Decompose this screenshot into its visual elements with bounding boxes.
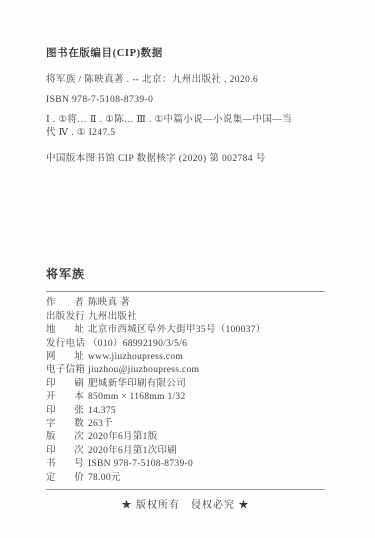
cip-classification-line: Ⅰ . ①将… Ⅱ . ①陈… Ⅲ . ①中篇小说—小说集—中国—当代 Ⅳ . … <box>46 114 298 141</box>
row-label: 印刷 <box>46 378 84 391</box>
colophon-row-publisher: 出版发行九州出版社 <box>46 311 326 324</box>
copyright-notice: ★ 版权所有 侵权必究 ★ <box>46 496 325 511</box>
row-label: 字数 <box>46 418 84 431</box>
colophon-row-website: 网址www.jiuzhoupress.com <box>46 351 326 364</box>
row-label: 作者 <box>46 297 84 310</box>
row-value: （010）68992190/3/5/6 <box>88 338 187 351</box>
row-label: 版次 <box>46 431 84 444</box>
cip-heading: 图书在版编目(CIP)数据 <box>46 45 326 60</box>
colophon-block: 将军族 作者陈映真 著 出版发行九州出版社 地址北京市西城区阜外大街甲35号（1… <box>46 265 326 511</box>
row-value: 850mm × 1168mm 1/32 <box>88 391 186 404</box>
row-label: 地址 <box>46 324 84 337</box>
cip-isbn-line: ISBN 978-7-5108-8739-0 <box>46 94 326 107</box>
row-label: 出版发行 <box>46 311 84 324</box>
colophon-row-wordcount: 字数263千 <box>46 418 326 431</box>
colophon-row-email: 电子信箱jiuzhou@jiuzhoupress.com <box>46 364 326 377</box>
row-value: 2020年6月第1次印刷 <box>88 445 177 458</box>
row-value: 14.375 <box>88 405 116 418</box>
colophon-row-author: 作者陈映真 著 <box>46 297 326 310</box>
book-title: 将军族 <box>46 265 326 282</box>
row-value: 北京市西城区阜外大街甲35号（100037） <box>88 324 266 337</box>
row-value: 九州出版社 <box>88 311 137 324</box>
row-label: 书号 <box>46 458 84 471</box>
colophon-row-price: 定价78.00元 <box>46 472 326 485</box>
row-value: 陈映真 著 <box>88 297 130 310</box>
colophon-row-sheets: 印张14.375 <box>46 405 326 418</box>
row-label: 网址 <box>46 351 84 364</box>
cip-book-line: 将军族 / 陈映真著 . -- 北京：九州出版社 , 2020.6 <box>46 74 326 87</box>
row-label: 开本 <box>46 391 84 404</box>
row-value: ISBN 978-7-5108-8739-0 <box>88 458 193 471</box>
colophon-row-isbn: 书号ISBN 978-7-5108-8739-0 <box>46 458 326 471</box>
colophon-row-printer: 印刷肥城新华印刷有限公司 <box>46 378 326 391</box>
row-value: 2020年6月第1版 <box>88 431 158 444</box>
row-label: 印次 <box>46 445 84 458</box>
row-label: 电子信箱 <box>46 364 84 377</box>
colophon-row-address: 地址北京市西城区阜外大街甲35号（100037） <box>46 324 326 337</box>
cip-block: 图书在版编目(CIP)数据 将军族 / 陈映真著 . -- 北京：九州出版社 ,… <box>46 45 326 166</box>
colophon-row-phone: 发行电话（010）68992190/3/5/6 <box>46 338 326 351</box>
row-label: 定价 <box>46 472 84 485</box>
colophon-row-printing: 印次2020年6月第1次印刷 <box>46 445 326 458</box>
row-value: www.jiuzhoupress.com <box>88 351 183 364</box>
colophon-rows: 作者陈映真 著 出版发行九州出版社 地址北京市西城区阜外大街甲35号（10003… <box>46 292 326 489</box>
row-value: 78.00元 <box>88 472 121 485</box>
cip-registry-line: 中国版本图书馆 CIP 数据核字 (2020) 第 002784 号 <box>46 153 326 166</box>
row-value: jiuzhou@jiuzhoupress.com <box>88 364 199 377</box>
colophon-row-edition: 版次2020年6月第1版 <box>46 431 326 444</box>
book-copyright-page: 图书在版编目(CIP)数据 将军族 / 陈映真著 . -- 北京：九州出版社 ,… <box>0 0 375 538</box>
row-value: 263千 <box>88 418 113 431</box>
row-label: 印张 <box>46 405 84 418</box>
row-value: 肥城新华印刷有限公司 <box>88 378 186 391</box>
row-label: 发行电话 <box>46 338 84 351</box>
page-content: 图书在版编目(CIP)数据 将军族 / 陈映真著 . -- 北京：九州出版社 ,… <box>46 45 326 511</box>
colophon-row-format: 开本850mm × 1168mm 1/32 <box>46 391 326 404</box>
bottom-divider <box>46 489 325 490</box>
